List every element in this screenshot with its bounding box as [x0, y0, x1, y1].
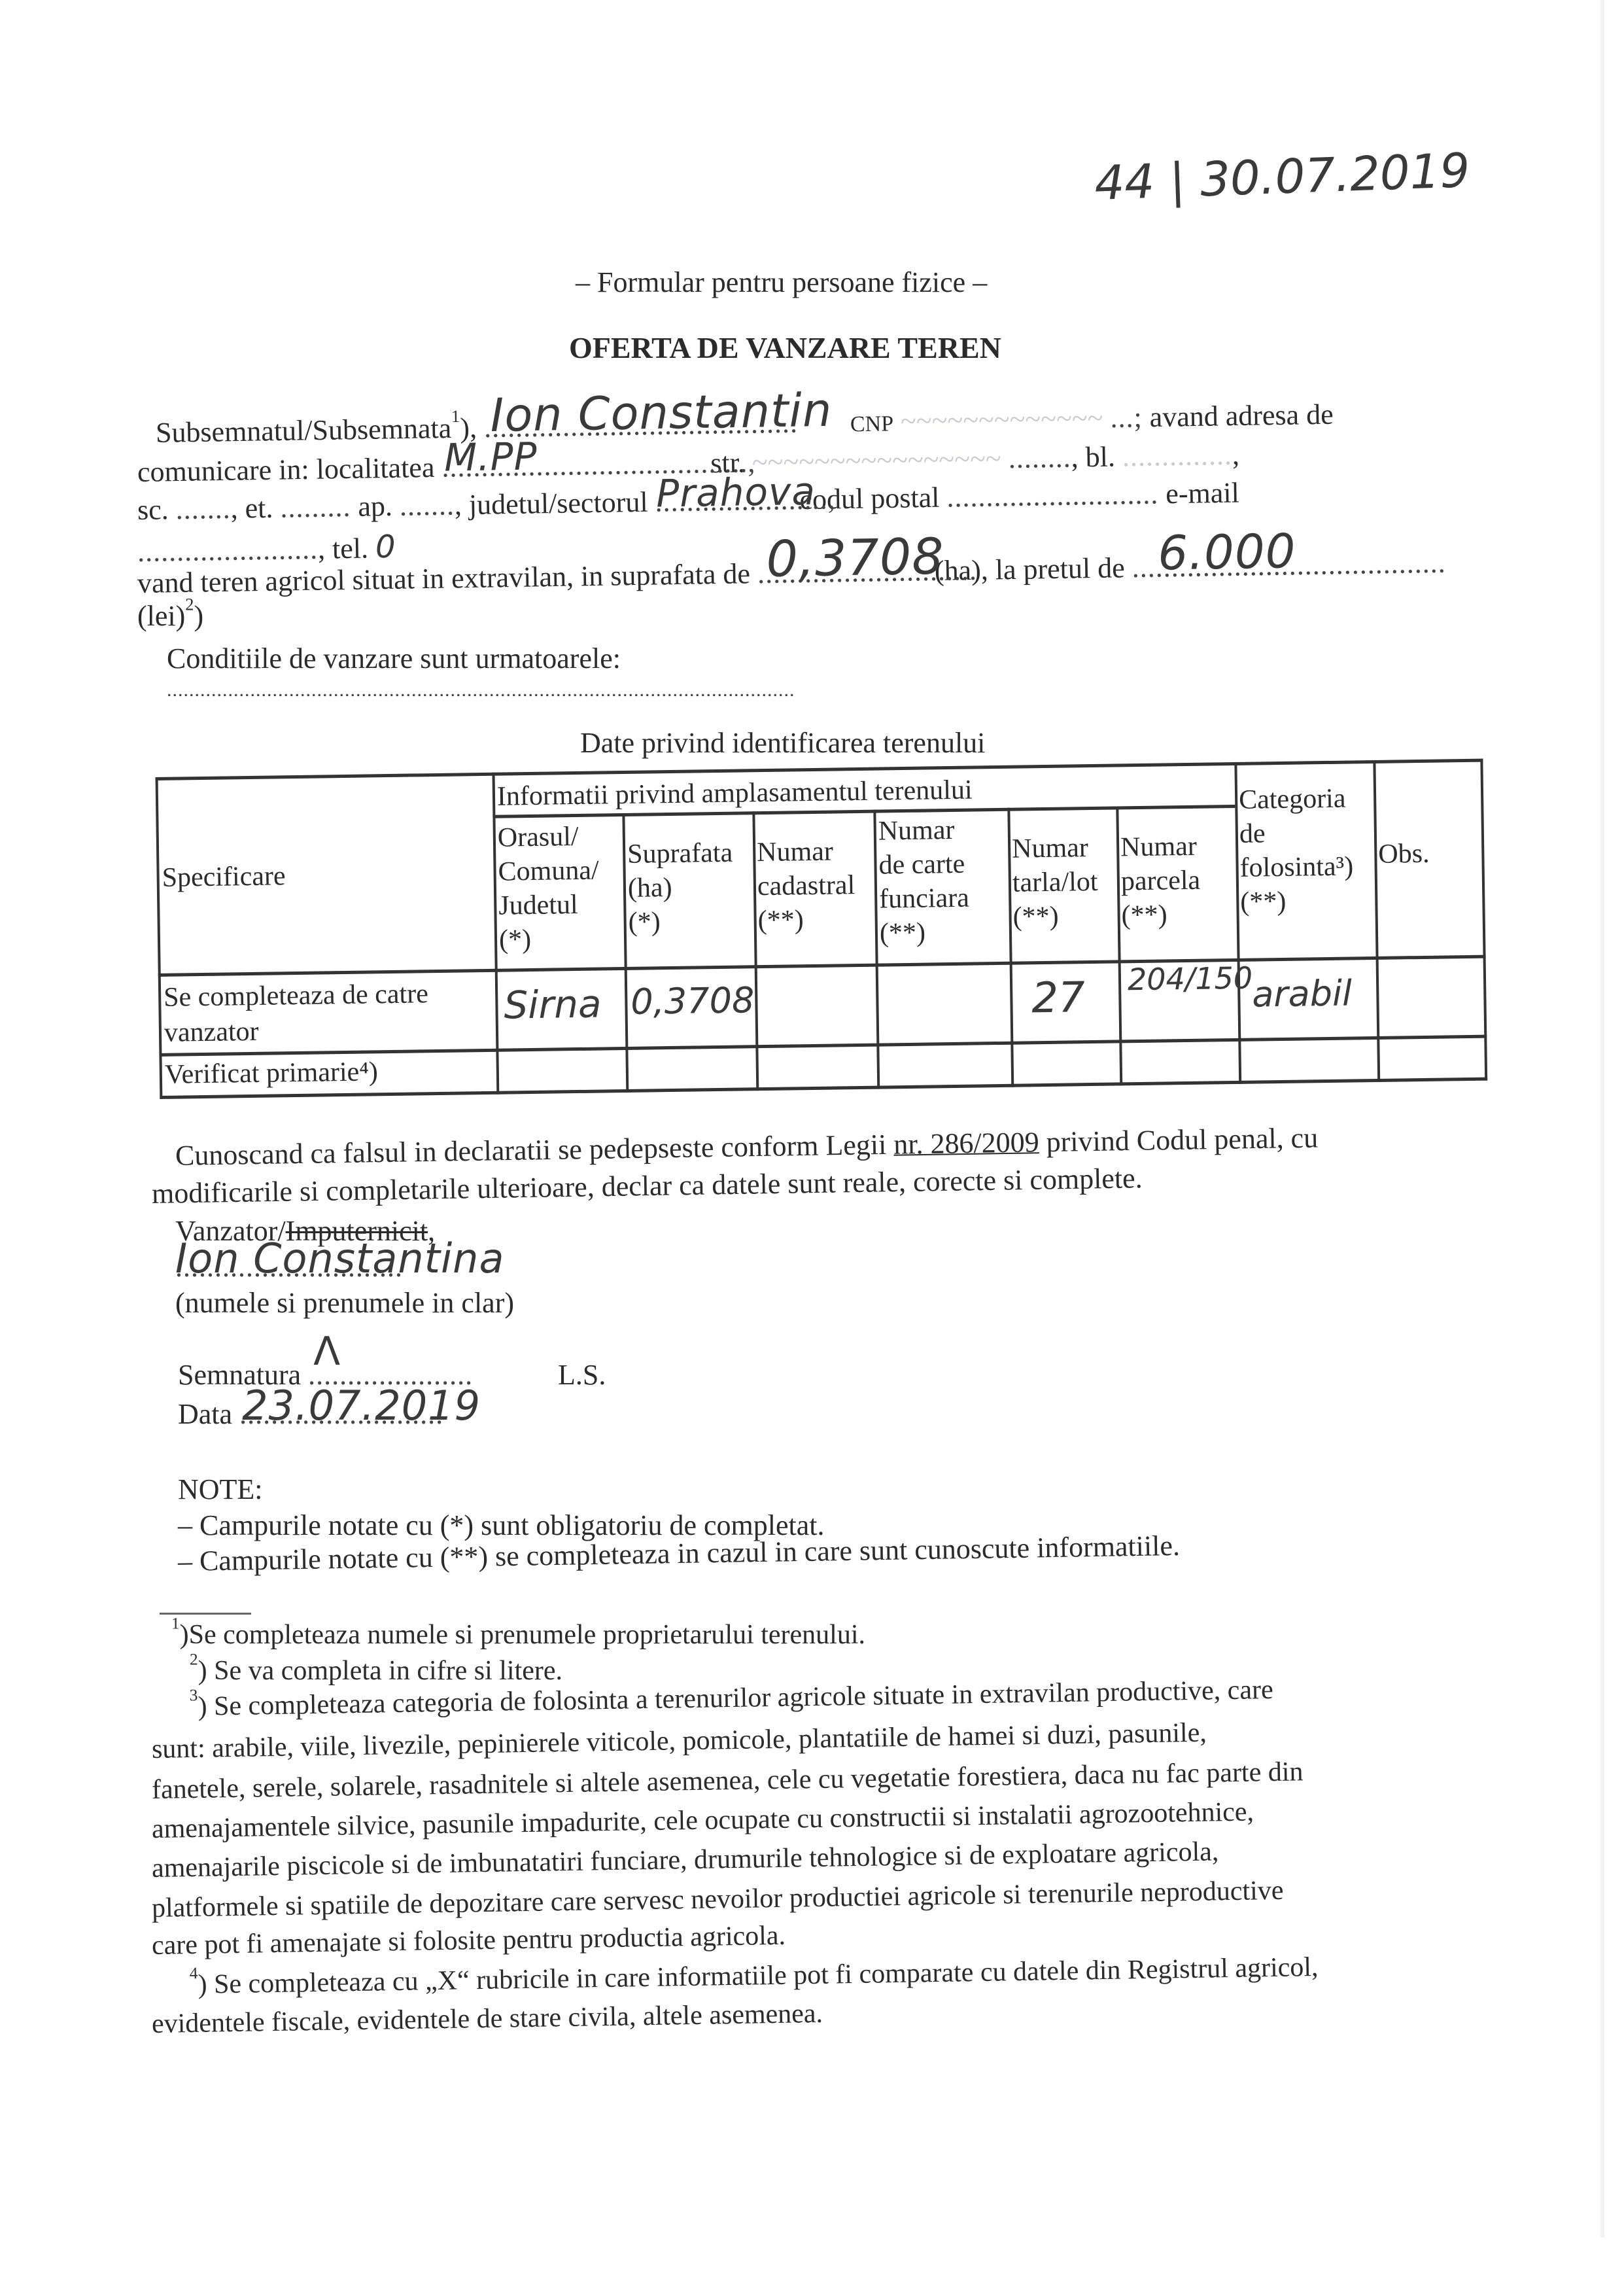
phone-handwritten: 0 [375, 529, 395, 565]
name-caption: (numele si prenumele in clar) [175, 1289, 514, 1318]
registration-no: 44 [1094, 154, 1156, 211]
footnote-line: 1)Se completeaza numele si prenumele pro… [171, 1619, 865, 1651]
price-field[interactable]: ........................................… [1132, 550, 1374, 582]
col-header-specificare: Specificare [162, 858, 286, 896]
note-item: – Campurile notate cu (*) sunt obligator… [178, 1511, 825, 1540]
county-field[interactable]: ......................, Prahova [655, 485, 793, 516]
price-handwritten: 6.000 [1158, 527, 1296, 576]
sc-label: sc. [137, 493, 169, 526]
col-header-localitate: Orasul/ Comuna/ Judetul (*) [498, 820, 600, 957]
row-label-seller: Se completeaza de catre vanzator [164, 975, 491, 1051]
footnote-text: platformele si spatiile de depozitare ca… [152, 1876, 1284, 1923]
date-row: Data .......................... 23.07.20… [178, 1400, 396, 1429]
email-label: e-mail [1166, 477, 1239, 510]
cnp-label: CNP [850, 412, 894, 436]
form-title: OFERTA DE VANZARE TEREN [569, 330, 1001, 365]
col-header-obs: Obs. [1378, 836, 1430, 872]
et-label: et. [245, 492, 273, 525]
address-label: avand adresa de [1149, 398, 1334, 433]
law-reference: nr. 286/2009 [893, 1126, 1039, 1160]
localitatea-label: comunicare in: localitatea [137, 451, 435, 488]
area-handwritten: 0,3708 [766, 532, 944, 584]
ap-label: ap. [358, 490, 392, 523]
footnote-text: evidentele fiscale, evidentele de stare … [152, 1999, 823, 2039]
seller-name-handwritten: Ion Constantin [490, 387, 833, 438]
col-header-tarla: Numar tarla/lot (**) [1012, 831, 1099, 934]
cell-tarla[interactable]: 27 [1031, 973, 1085, 1023]
land-identification-table: Specificare Informatii privind amplasame… [155, 734, 1487, 1086]
footnote-ref-1: 1 [451, 406, 460, 426]
col-header-cadastral: Numar cadastral (**) [757, 834, 855, 937]
declaration-text-2: privind Codul penal, cu [1039, 1122, 1318, 1159]
seller-printed-name-field[interactable]: ............................. Ion Consta… [175, 1253, 457, 1282]
footnote-text: amenajarile piscicole si de imbunatatiri… [152, 1836, 1219, 1883]
footnote-line: evidentele fiscale, evidentele de stare … [152, 1998, 823, 2040]
footnote-ref-2: 2 [185, 594, 194, 614]
notes-title: NOTE: [178, 1475, 263, 1504]
form-subtitle: – Formular pentru persoane fizice – [576, 266, 987, 299]
footnote-line: 2) Se va completa in cifre si litere. [190, 1655, 562, 1687]
footnote-text: sunt: arabile, viile, livezile, pepinier… [152, 1718, 1207, 1764]
footnote-line: 4) Se completeaza cu „X“ rubricile in ca… [190, 1952, 1319, 2001]
seller-name-field[interactable]: ........................................… [484, 408, 851, 442]
col-header-carte-funciara: Numar de carte funciara (**) [878, 813, 969, 951]
footnote-line: care pot fi amenajate si folosite pentru… [152, 1920, 786, 1961]
conditions-field[interactable]: ........................................… [167, 680, 795, 700]
footnote-text: ) Se completeaza cu „X“ rubricile in car… [198, 1952, 1319, 2000]
declaration-line-2: modificarile si completarile ulterioare,… [152, 1164, 1143, 1208]
col-header-suprafata: Suprafata (ha) (*) [627, 836, 734, 939]
area-field[interactable]: ............................ 0,3708 [757, 557, 928, 588]
signature-mark: ᐱ [313, 1332, 341, 1371]
registration-date: 30.07.2019 [1200, 143, 1471, 207]
footnote-text: amenajamentele silvice, pasunile impadur… [152, 1797, 1254, 1844]
date-field[interactable]: .......................... 23.07.2019 [239, 1400, 396, 1429]
email-field[interactable]: ....................... [137, 533, 319, 568]
date-label: Data [178, 1398, 232, 1430]
col-header-categoria: Categoria de folosinta³) (**) [1239, 781, 1354, 919]
footnote-mark: 2 [190, 1651, 198, 1668]
price-unit: (lei)2) [137, 602, 203, 631]
lei-label: (lei) [137, 600, 185, 632]
declaration-text-1: Cunoscand ca falsul in declaratii se ped… [175, 1129, 894, 1172]
footnote-text: care pot fi amenajate si folosite pentru… [152, 1921, 786, 1961]
cell-parcela[interactable]: 204/150 [1128, 960, 1233, 998]
phone-label: tel. [332, 532, 369, 565]
date-handwritten: 23.07.2019 [242, 1386, 481, 1426]
identity-line-4: ......................., tel. 0 [137, 531, 396, 567]
footnote-mark: 4 [190, 1965, 198, 1982]
declaration-line-1: Cunoscand ca falsul in declaratii se ped… [175, 1124, 1319, 1170]
footnote-line: amenajarile piscicole si de imbunatatiri… [152, 1836, 1219, 1884]
footnote-text: ) Se va completa in cifre si litere. [198, 1656, 562, 1686]
cnp-redacted: ~~~~~~~~~~~~~ [901, 402, 1103, 437]
county-label: judetul/sectorul [468, 486, 648, 521]
footnote-text: )Se completeaza numele si prenumele prop… [180, 1620, 865, 1650]
row-label-primarie: Verificat primarie⁴) [165, 1054, 379, 1093]
registration-number: 44 | 30.07.2019 [1094, 143, 1471, 211]
locality-handwritten: M.PP [444, 437, 538, 476]
block-label: bl. [1085, 441, 1115, 474]
seller-printed-name-handwritten: Ion Constantina [175, 1238, 504, 1279]
cell-localitate[interactable]: Sirna [504, 982, 602, 1028]
cell-suprafata[interactable]: 0,3708 [631, 979, 755, 1023]
seal-label: L.S. [558, 1361, 606, 1390]
postal-code-field[interactable]: ........................... [946, 478, 1159, 513]
subsemnatul-label: Subsemnatul/Subsemnata [156, 412, 452, 449]
footnote-line: sunt: arabile, viile, livezile, pepinier… [152, 1717, 1207, 1765]
footnote-mark: 3 [190, 1687, 198, 1704]
county-handwritten: Prahova [656, 472, 816, 513]
footnote-mark: 1 [171, 1615, 180, 1632]
conditions-label: Conditiile de vanzare sunt urmatoarele: [167, 644, 621, 673]
scan-page-edge [1600, 0, 1604, 2237]
cell-categoria[interactable]: arabil [1252, 972, 1353, 1015]
group-header-amplasament: Informatii privind amplasamentul terenul… [497, 773, 973, 815]
footnote-line: platformele si spatiile de depozitare ca… [152, 1875, 1284, 1924]
identity-line-3: sc. ......., et. ......... ap. ......., … [137, 479, 1239, 525]
col-header-parcela: Numar parcela (**) [1120, 830, 1201, 933]
